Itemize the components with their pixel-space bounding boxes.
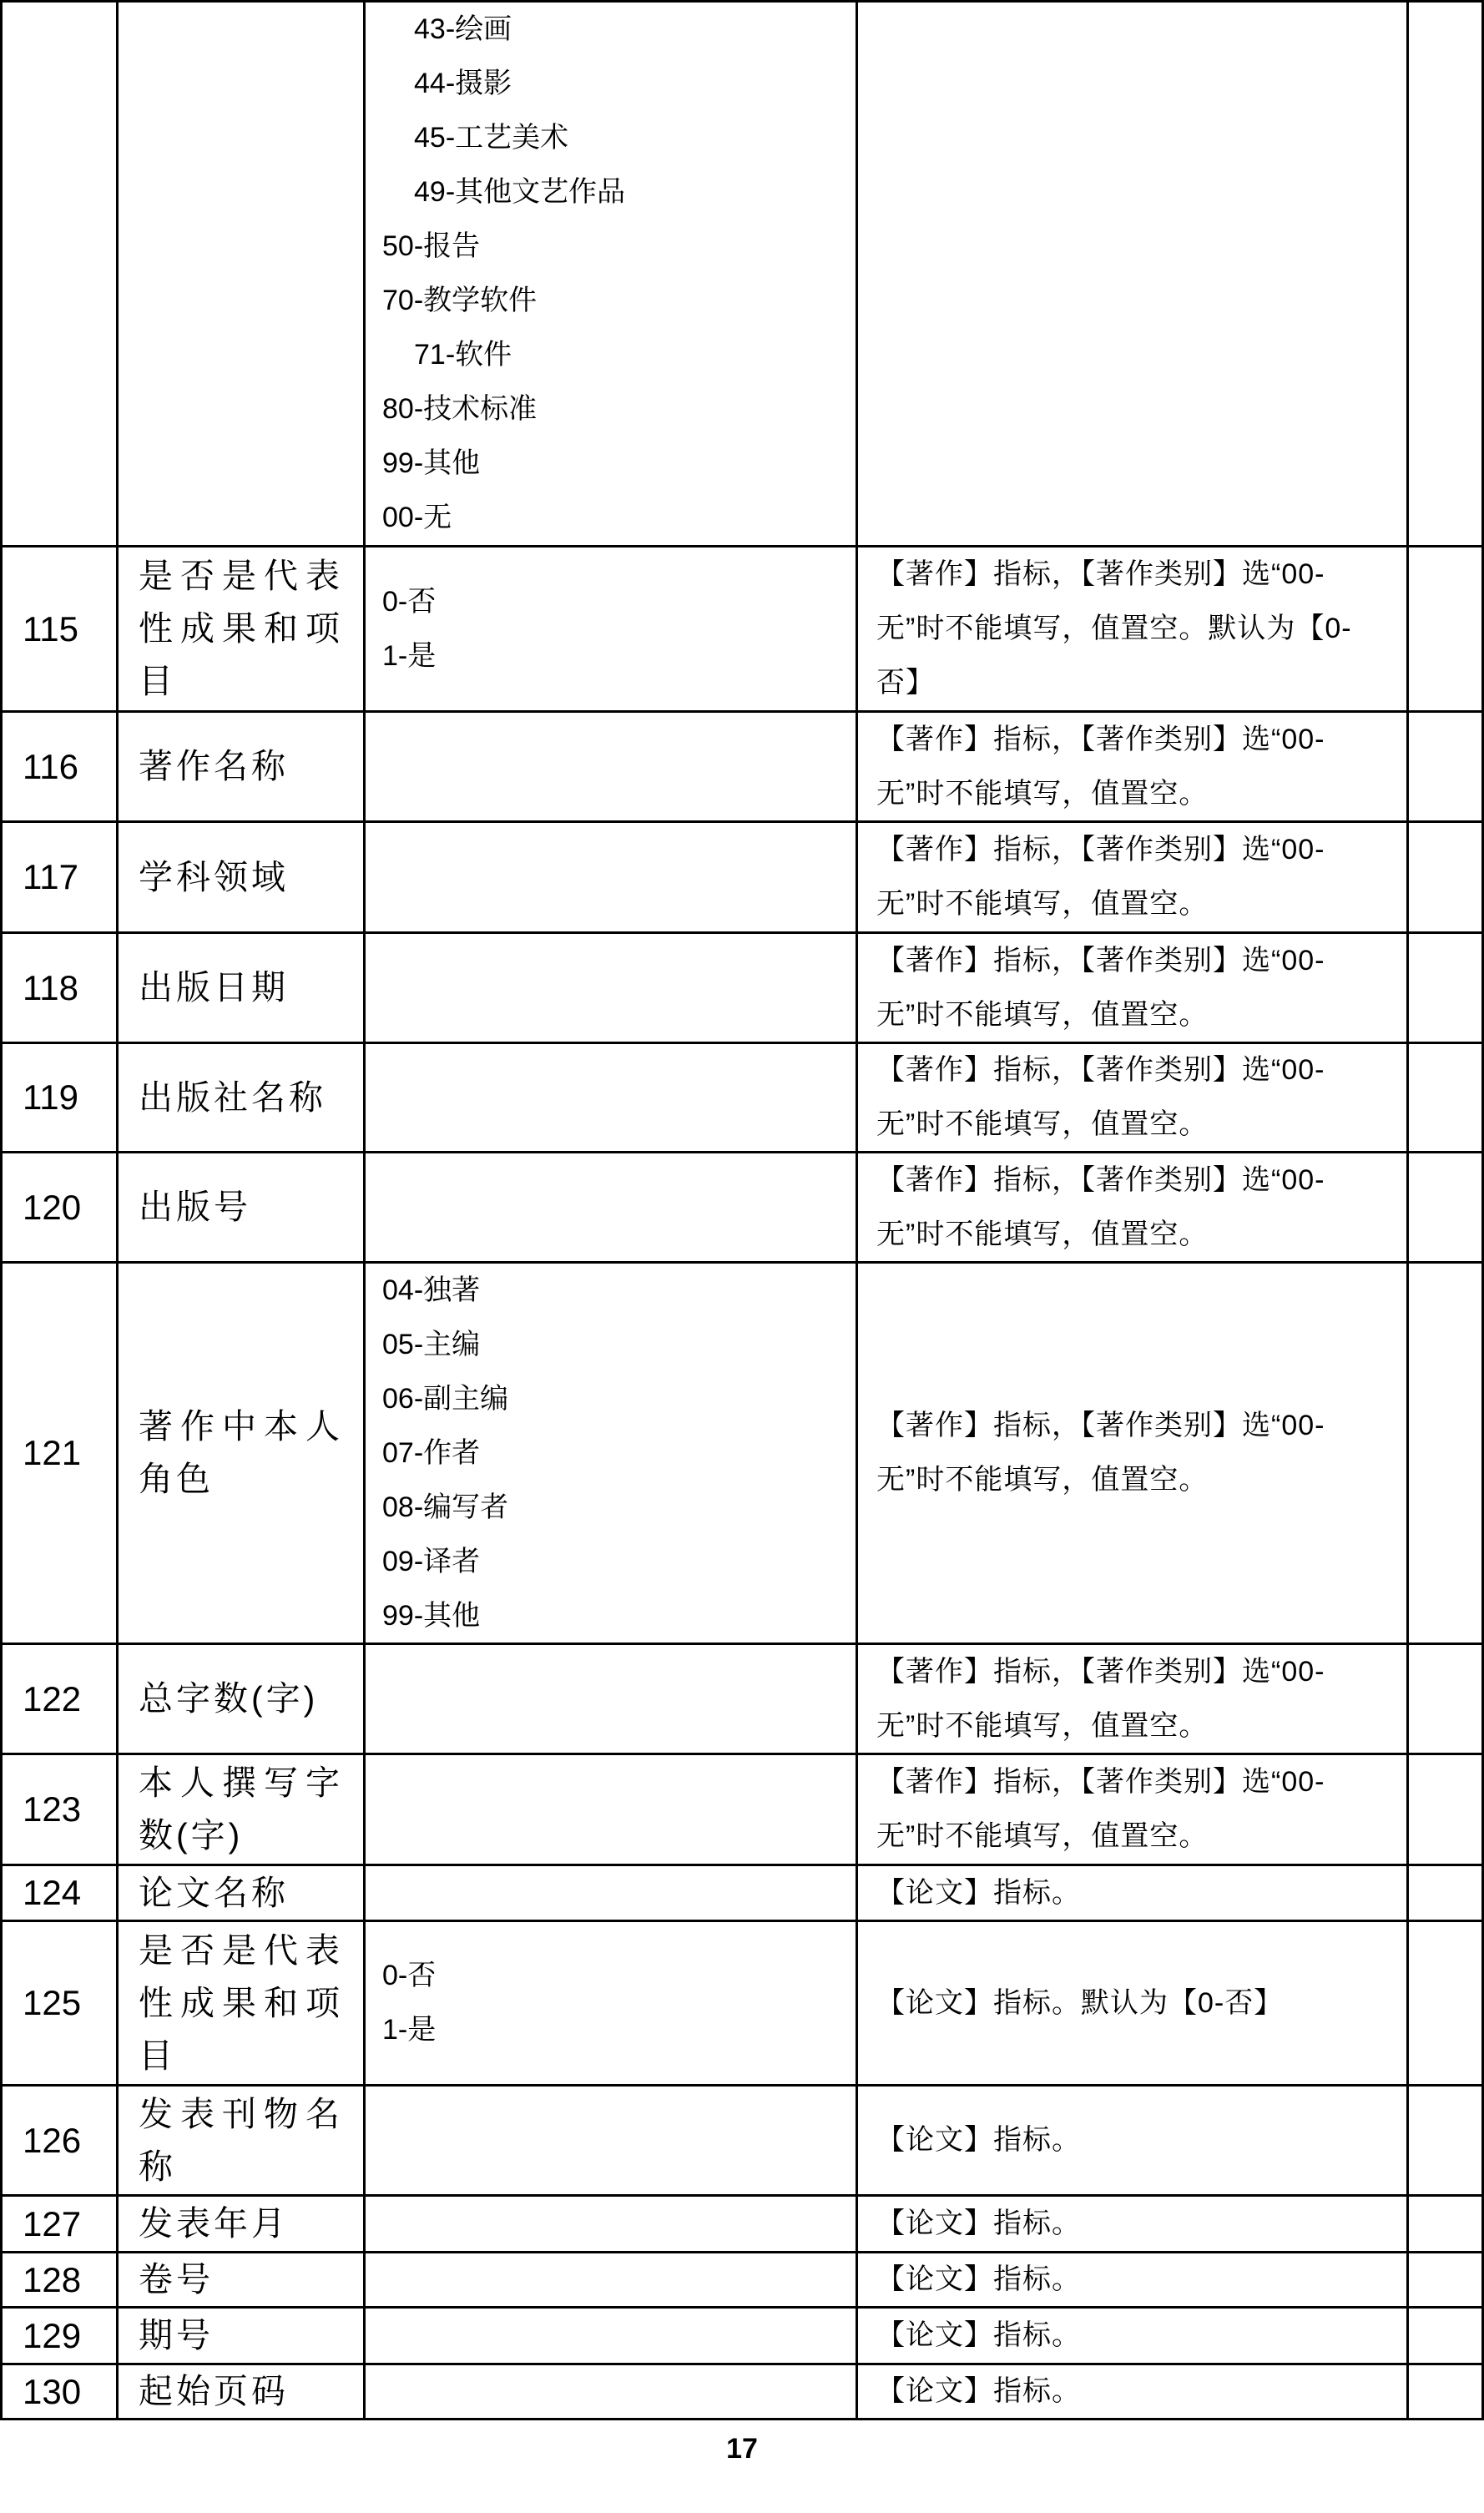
- label-line: 目: [139, 2030, 363, 2082]
- cell-no: 123: [0, 1755, 119, 1864]
- cell-no: 117: [0, 823, 119, 931]
- cell-note: 【著作】指标，【著作类别】选“00- 无”时不能填写，值置空。: [858, 1755, 1409, 1864]
- row-number: 128: [23, 2259, 116, 2301]
- label-line: 角色: [139, 1453, 363, 1506]
- cell-extra: [1409, 1755, 1484, 1864]
- cell-no: [0, 3, 119, 545]
- label-line: 期号: [139, 2309, 363, 2362]
- table-row: 121 著作中本人 角色 04-独著 05-主编 06-副主编 07-作者 08…: [0, 1261, 1484, 1643]
- option-item: 1-是: [382, 2003, 856, 2057]
- note-line: 【著作】指标，【著作类别】选“00-: [876, 1645, 1406, 1699]
- option-item: 1-是: [382, 629, 856, 684]
- cell-label: 出版号: [119, 1153, 366, 1261]
- option-item: 04-独著: [382, 1264, 856, 1318]
- cell-extra: [1409, 3, 1484, 545]
- option-item: 43-绘画: [382, 3, 856, 57]
- label-line: 出版社名称: [139, 1072, 363, 1124]
- cell-extra: [1409, 2197, 1484, 2251]
- cell-label: 期号: [119, 2309, 366, 2363]
- row-number: 126: [23, 2120, 116, 2162]
- note-line: 无”时不能填写，值置空。: [876, 767, 1406, 821]
- row-number: 117: [23, 856, 116, 898]
- cell-label: 起始页码: [119, 2365, 366, 2418]
- cell-no: 120: [0, 1153, 119, 1261]
- cell-no: 122: [0, 1645, 119, 1753]
- cell-note: 【著作】指标，【著作类别】选“00- 无”时不能填写，值置空。: [858, 1044, 1409, 1151]
- cell-label: 著作名称: [119, 713, 366, 820]
- cell-label: 著作中本人 角色: [119, 1264, 366, 1643]
- cell-no: 129: [0, 2309, 119, 2363]
- option-item: 08-编写者: [382, 1481, 856, 1535]
- cell-extra: [1409, 823, 1484, 931]
- cell-extra: [1409, 934, 1484, 1042]
- option-item: 0-否: [382, 575, 856, 629]
- note-line: 【著作】指标，【著作类别】选“00-: [876, 823, 1406, 877]
- note-line: 无”时不能填写，值置空。默认为【0-: [876, 602, 1406, 656]
- row-number: 130: [23, 2371, 116, 2413]
- label-line: 卷号: [139, 2253, 363, 2306]
- cell-options: 04-独著 05-主编 06-副主编 07-作者 08-编写者 09-译者 99…: [366, 1264, 858, 1643]
- note-line: 【著作】指标，【著作类别】选“00-: [876, 713, 1406, 767]
- cell-label: 学科领域: [119, 823, 366, 931]
- cell-extra: [1409, 2309, 1484, 2363]
- cell-options: [366, 934, 858, 1042]
- cell-options: [366, 1866, 858, 1920]
- cell-extra: [1409, 1645, 1484, 1753]
- table-row: 130 起始页码 【论文】指标。: [0, 2363, 1484, 2420]
- option-item: 80-技术标准: [382, 382, 856, 436]
- option-item: 0-否: [382, 1949, 856, 2003]
- table-row: 125 是否是代表 性成果和项 目 0-否 1-是 【论文】指标。默认为【0-否…: [0, 1920, 1484, 2084]
- table-row: 128 卷号 【论文】指标。: [0, 2251, 1484, 2306]
- cell-label: 出版社名称: [119, 1044, 366, 1151]
- cell-label: 卷号: [119, 2253, 366, 2306]
- cell-options: [366, 1044, 858, 1151]
- cell-label: [119, 3, 366, 545]
- cell-note: 【论文】指标。: [858, 2087, 1409, 2194]
- note-line: 无”时不能填写，值置空。: [876, 877, 1406, 931]
- cell-label: 是否是代表 性成果和项 目: [119, 1922, 366, 2084]
- cell-extra: [1409, 1264, 1484, 1643]
- option-item: 50-报告: [382, 220, 856, 274]
- cell-note: 【著作】指标，【著作类别】选“00- 无”时不能填写，值置空。: [858, 934, 1409, 1042]
- cell-no: 115: [0, 548, 119, 710]
- cell-options: 43-绘画 44-摄影 45-工艺美术 49-其他文艺作品 50-报告 70-教…: [366, 3, 858, 545]
- option-item: 71-软件: [382, 328, 856, 382]
- option-item: 99-其他: [382, 436, 856, 491]
- cell-options: [366, 1153, 858, 1261]
- label-line: 是否是代表: [139, 550, 363, 603]
- cell-label: 本人撰写字 数(字): [119, 1755, 366, 1864]
- cell-label: 论文名称: [119, 1866, 366, 1920]
- cell-no: 124: [0, 1866, 119, 1920]
- label-line: 是否是代表: [139, 1925, 363, 1977]
- page-number: 17: [0, 2430, 1484, 2467]
- cell-note: 【论文】指标。默认为【0-否】: [858, 1922, 1409, 2084]
- cell-label: 发表刊物名 称: [119, 2087, 366, 2194]
- note-line: 【著作】指标，【著作类别】选“00-: [876, 1153, 1406, 1208]
- cell-options: [366, 2365, 858, 2418]
- cell-extra: [1409, 1153, 1484, 1261]
- cell-note: 【著作】指标，【著作类别】选“00- 无”时不能填写，值置空。默认为【0- 否】: [858, 548, 1409, 710]
- option-item: 44-摄影: [382, 57, 856, 111]
- cell-options: [366, 2253, 858, 2306]
- row-number: 116: [23, 746, 116, 788]
- option-item: 06-副主编: [382, 1372, 856, 1426]
- table-row: 123 本人撰写字 数(字) 【著作】指标，【著作类别】选“00- 无”时不能填…: [0, 1753, 1484, 1864]
- row-number: 118: [23, 967, 116, 1009]
- note-line: 【论文】指标。: [876, 2197, 1406, 2251]
- cell-extra: [1409, 1044, 1484, 1151]
- note-line: 无”时不能填写，值置空。: [876, 1699, 1406, 1754]
- cell-no: 127: [0, 2197, 119, 2251]
- table-row: 122 总字数(字) 【著作】指标，【著作类别】选“00- 无”时不能填写，值置…: [0, 1643, 1484, 1753]
- option-item: 00-无: [382, 491, 856, 545]
- cell-no: 119: [0, 1044, 119, 1151]
- note-line: 【论文】指标。: [876, 2113, 1406, 2167]
- cell-options: [366, 2087, 858, 2194]
- label-line: 发表年月: [139, 2198, 363, 2250]
- label-line: 学科领域: [139, 851, 363, 904]
- cell-label: 发表年月: [119, 2197, 366, 2251]
- table-row: 129 期号 【论文】指标。: [0, 2306, 1484, 2363]
- note-line: 【论文】指标。: [876, 1866, 1406, 1920]
- cell-label: 出版日期: [119, 934, 366, 1042]
- cell-note: 【论文】指标。: [858, 2309, 1409, 2363]
- row-number: 124: [23, 1872, 116, 1914]
- note-line: 【著作】指标，【著作类别】选“00-: [876, 1043, 1406, 1098]
- note-line: 无”时不能填写，值置空。: [876, 1453, 1406, 1507]
- row-number: 125: [23, 1982, 116, 2024]
- row-number: 122: [23, 1678, 116, 1720]
- cell-options: 0-否 1-是: [366, 1922, 858, 2084]
- row-number: 119: [23, 1077, 116, 1118]
- note-line: 【著作】指标，【著作类别】选“00-: [876, 934, 1406, 988]
- row-number: 127: [23, 2203, 116, 2245]
- cell-no: 125: [0, 1922, 119, 2084]
- cell-no: 126: [0, 2087, 119, 2194]
- cell-no: 130: [0, 2365, 119, 2418]
- cell-options: [366, 1645, 858, 1753]
- option-item: 09-译者: [382, 1535, 856, 1589]
- cell-note: 【论文】指标。: [858, 2365, 1409, 2418]
- note-line: 无”时不能填写，值置空。: [876, 1809, 1406, 1864]
- label-line: 本人撰写字: [139, 1757, 363, 1809]
- note-line: 无”时不能填写，值置空。: [876, 988, 1406, 1042]
- option-item: 07-作者: [382, 1426, 856, 1481]
- option-item: 45-工艺美术: [382, 111, 856, 165]
- cell-no: 116: [0, 713, 119, 820]
- label-line: 出版号: [139, 1181, 363, 1234]
- cell-note: 【论文】指标。: [858, 1866, 1409, 1920]
- table-row: 120 出版号 【著作】指标，【著作类别】选“00- 无”时不能填写，值置空。: [0, 1151, 1484, 1261]
- table-row: 117 学科领域 【著作】指标，【著作类别】选“00- 无”时不能填写，值置空。: [0, 820, 1484, 931]
- option-item: 99-其他: [382, 1589, 856, 1643]
- cell-extra: [1409, 548, 1484, 710]
- cell-note: [858, 3, 1409, 545]
- indicator-table: 43-绘画 44-摄影 45-工艺美术 49-其他文艺作品 50-报告 70-教…: [0, 0, 1484, 2419]
- label-line: 出版日期: [139, 961, 363, 1014]
- cell-note: 【论文】指标。: [858, 2253, 1409, 2306]
- option-item: 70-教学软件: [382, 274, 856, 328]
- label-line: 论文名称: [139, 1867, 363, 1920]
- table-row: 118 出版日期 【著作】指标，【著作类别】选“00- 无”时不能填写，值置空。: [0, 931, 1484, 1042]
- label-line: 起始页码: [139, 2365, 363, 2418]
- note-line: 【著作】指标，【著作类别】选“00-: [876, 1755, 1406, 1809]
- cell-extra: [1409, 2087, 1484, 2194]
- table-row: 127 发表年月 【论文】指标。: [0, 2194, 1484, 2251]
- cell-options: [366, 823, 858, 931]
- label-line: 著作名称: [139, 740, 363, 793]
- cell-no: 118: [0, 934, 119, 1042]
- cell-note: 【著作】指标，【著作类别】选“00- 无”时不能填写，值置空。: [858, 823, 1409, 931]
- cell-note: 【著作】指标，【著作类别】选“00- 无”时不能填写，值置空。: [858, 1153, 1409, 1261]
- table-row: 126 发表刊物名 称 【论文】指标。: [0, 2084, 1484, 2194]
- cell-no: 121: [0, 1264, 119, 1643]
- note-line: 无”时不能填写，值置空。: [876, 1098, 1406, 1152]
- table-row-continuation: 43-绘画 44-摄影 45-工艺美术 49-其他文艺作品 50-报告 70-教…: [0, 0, 1484, 545]
- label-line: 性成果和项: [139, 1977, 363, 2030]
- row-number: 121: [23, 1432, 116, 1474]
- label-line: 称: [139, 2141, 363, 2193]
- table-row: 119 出版社名称 【著作】指标，【著作类别】选“00- 无”时不能填写，值置空…: [0, 1042, 1484, 1151]
- cell-extra: [1409, 713, 1484, 820]
- cell-options: 0-否 1-是: [366, 548, 858, 710]
- note-line: 【论文】指标。: [876, 2364, 1406, 2419]
- note-line: 【论文】指标。: [876, 2309, 1406, 2363]
- label-line: 总字数(字): [139, 1673, 363, 1725]
- cell-label: 是否是代表 性成果和项 目: [119, 548, 366, 710]
- cell-extra: [1409, 1922, 1484, 2084]
- table-row: 124 论文名称 【论文】指标。: [0, 1864, 1484, 1920]
- cell-note: 【论文】指标。: [858, 2197, 1409, 2251]
- row-number: 115: [23, 608, 116, 650]
- row-number: 123: [23, 1789, 116, 1830]
- note-line: 【论文】指标。默认为【0-否】: [876, 1976, 1406, 2031]
- note-line: 无”时不能填写，值置空。: [876, 1208, 1406, 1262]
- note-line: 【著作】指标，【著作类别】选“00-: [876, 548, 1406, 602]
- row-number: 120: [23, 1187, 116, 1229]
- cell-extra: [1409, 2253, 1484, 2306]
- cell-options: [366, 2309, 858, 2363]
- cell-extra: [1409, 2365, 1484, 2418]
- cell-options: [366, 713, 858, 820]
- label-line: 性成果和项: [139, 603, 363, 655]
- cell-extra: [1409, 1866, 1484, 1920]
- label-line: 发表刊物名: [139, 2088, 363, 2141]
- cell-options: [366, 2197, 858, 2251]
- option-item: 49-其他文艺作品: [382, 165, 856, 220]
- option-item: 05-主编: [382, 1318, 856, 1372]
- label-line: 数(字): [139, 1809, 363, 1862]
- cell-note: 【著作】指标，【著作类别】选“00- 无”时不能填写，值置空。: [858, 1264, 1409, 1643]
- cell-label: 总字数(字): [119, 1645, 366, 1753]
- note-line: 【论文】指标。: [876, 2253, 1406, 2307]
- cell-no: 128: [0, 2253, 119, 2306]
- table-row: 115 是否是代表 性成果和项 目 0-否 1-是 【著作】指标，【著作类别】选…: [0, 545, 1484, 710]
- cell-options: [366, 1755, 858, 1864]
- cell-note: 【著作】指标，【著作类别】选“00- 无”时不能填写，值置空。: [858, 713, 1409, 820]
- note-line: 否】: [876, 656, 1406, 710]
- label-line: 目: [139, 655, 363, 708]
- cell-note: 【著作】指标，【著作类别】选“00- 无”时不能填写，值置空。: [858, 1645, 1409, 1753]
- note-line: 【著作】指标，【著作类别】选“00-: [876, 1399, 1406, 1453]
- table-row: 116 著作名称 【著作】指标，【著作类别】选“00- 无”时不能填写，值置空。: [0, 710, 1484, 820]
- label-line: 著作中本人: [139, 1400, 363, 1453]
- row-number: 129: [23, 2315, 116, 2357]
